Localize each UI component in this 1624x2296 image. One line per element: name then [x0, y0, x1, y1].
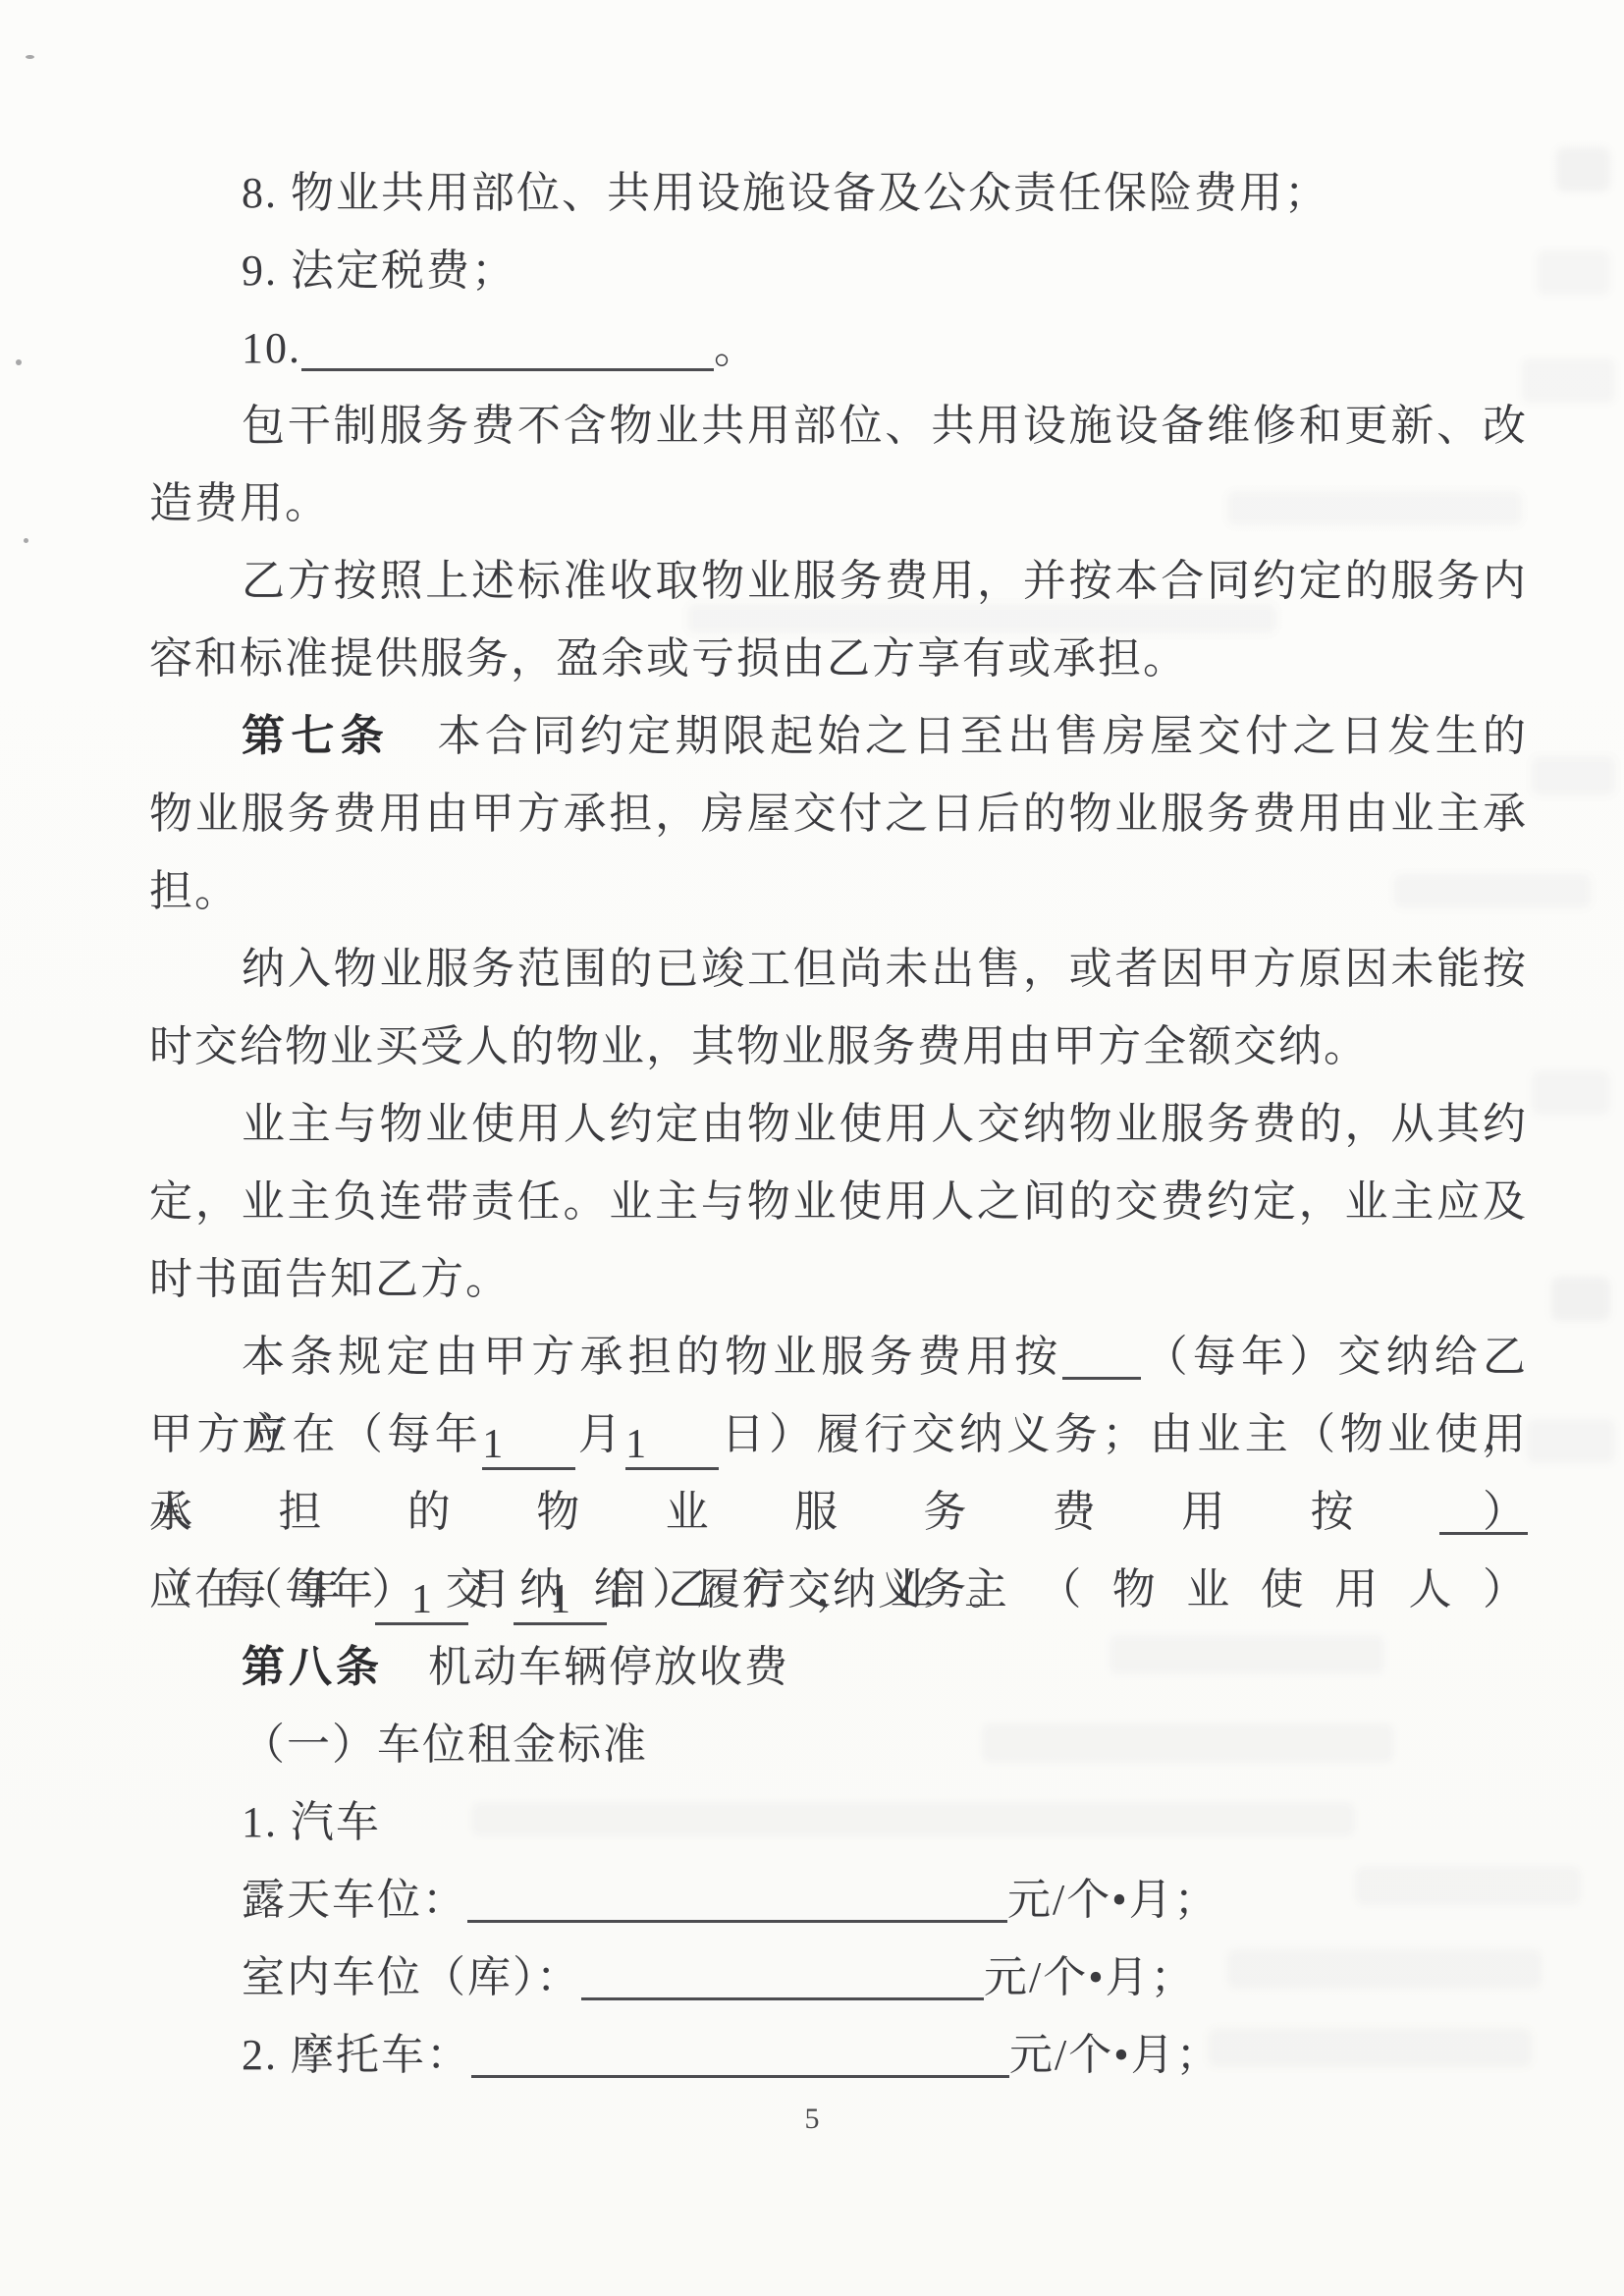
clause-heading-line: 第八条 机动车辆停放收费: [149, 1628, 1528, 1706]
text-run: 乙方按照上述标准收取物业服务费用，并按本合同约定的服务内: [242, 557, 1528, 605]
document-line: 担。: [149, 852, 1528, 930]
text-run: 甲方应在（每年: [149, 1410, 482, 1458]
fill-in-blank: [301, 321, 714, 371]
document-line: 8. 物业共用部位、共用设施设备及公众责任保险费用；: [149, 154, 1528, 232]
document-line: 2. 摩托车：元/个•月；: [149, 2016, 1528, 2094]
text-run: 月: [468, 1565, 514, 1613]
page-number: 5: [0, 2090, 1624, 2149]
scan-artifact: [1532, 1070, 1610, 1115]
scan-artifact: [1522, 358, 1615, 403]
text-run: 时交给物业买受人的物业，其物业服务费用由甲方全额交纳。: [149, 1022, 1369, 1070]
document-line: 容和标准提供服务，盈余或亏损由乙方享有或承担。: [149, 620, 1528, 697]
text-run: 机动车辆停放收费: [383, 1643, 789, 1691]
fill-in-blank-filled: 1: [375, 1575, 468, 1625]
text-run: 1. 汽车: [242, 1798, 381, 1846]
clause-number: 第七条: [242, 712, 390, 760]
document-line: 定，业主负连带责任。业主与物业使用人之间的交费约定，业主应及: [149, 1163, 1528, 1240]
text-run: 本条规定由甲方承担的物业服务费用按: [242, 1333, 1062, 1381]
scan-speck: [24, 538, 28, 543]
text-run: 日）履行交纳义务。: [607, 1565, 1013, 1613]
fill-in-blank-filled: 1: [514, 1575, 607, 1625]
text-run: （一）车位租金标准: [242, 1721, 648, 1769]
text-run: 物业服务费用由甲方承担，房屋交付之日后的物业服务费用由业主承: [149, 790, 1528, 838]
fill-in-blank: [467, 1873, 1007, 1923]
document-line: 乙方按照上述标准收取物业服务费用，并按本合同约定的服务内: [149, 542, 1528, 620]
scan-artifact: [1537, 250, 1610, 295]
text-run: 应在（每年: [149, 1565, 375, 1613]
text-run: 承担的物业服务费用按: [149, 1488, 1439, 1536]
scan-artifact: [1527, 1419, 1615, 1463]
document-line: 业主与物业使用人约定由物业使用人交纳物业服务费的，从其约: [149, 1085, 1528, 1163]
text-run: 8. 物业共用部位、共用设施设备及公众责任保险费用；: [242, 169, 1329, 217]
scanned-contract-page: 8. 物业共用部位、共用设施设备及公众责任保险费用；9. 法定税费；10.。包干…: [0, 0, 1624, 2296]
text-run: 月: [575, 1410, 625, 1458]
text-run: 2. 摩托车：: [242, 2031, 471, 2079]
document-line: 本条规定由甲方承担的物业服务费用按（每年）交纳给乙方，: [149, 1318, 1528, 1395]
document-line: 承担的物业服务费用按（每年）交纳给乙方，业主（物业使用人）: [149, 1473, 1528, 1551]
document-line: 物业服务费用由甲方承担，房屋交付之日后的物业服务费用由业主承: [149, 775, 1528, 852]
scan-artifact: [1532, 756, 1615, 795]
text-run: 容和标准提供服务，盈余或亏损由乙方享有或承担。: [149, 634, 1188, 683]
fill-in-blank: [1062, 1330, 1141, 1380]
text-run: 元/个•月；: [1009, 2031, 1221, 2079]
text-run: 担。: [149, 867, 240, 915]
document-body: 8. 物业共用部位、共用设施设备及公众责任保险费用；9. 法定税费；10.。包干…: [149, 154, 1528, 2094]
scan-artifact: [1551, 1277, 1610, 1321]
text-run: 定，业主负连带责任。业主与物业使用人之间的交费约定，业主应及: [149, 1177, 1528, 1226]
document-line: （一）车位租金标准: [149, 1706, 1528, 1783]
fill-in-blank: [581, 1950, 984, 2000]
document-line: 造费用。: [149, 465, 1528, 542]
document-line: 甲方应在（每年1月1日）履行交纳义务；由业主（物业使用人）: [149, 1395, 1528, 1473]
text-run: 纳入物业服务范围的已竣工但尚未出售，或者因甲方原因未能按: [242, 945, 1528, 993]
text-run: 露天车位：: [242, 1876, 467, 1924]
document-line: 时书面告知乙方。: [149, 1240, 1528, 1318]
fill-in-blank-filled: 1: [482, 1420, 575, 1470]
text-run: 。: [714, 324, 759, 372]
clause-heading-line: 第七条 本合同约定期限起始之日至出售房屋交付之日发生的: [149, 697, 1528, 775]
text-run: 元/个•月；: [1007, 1876, 1219, 1924]
text-run: 造费用。: [149, 479, 330, 527]
clause-number: 第八条: [242, 1643, 383, 1691]
text-run: 本合同约定期限起始之日至出售房屋交付之日发生的: [390, 712, 1528, 760]
text-run: 10.: [242, 324, 301, 372]
fill-in-blank: [1439, 1485, 1528, 1535]
document-line: 9. 法定税费；: [149, 232, 1528, 309]
document-line: 时交给物业买受人的物业，其物业服务费用由甲方全额交纳。: [149, 1008, 1528, 1085]
scan-speck: [26, 55, 34, 59]
document-line: 露天车位：元/个•月；: [149, 1861, 1528, 1939]
text-run: 元/个•月；: [984, 1953, 1196, 2001]
text-run: 包干制服务费不含物业共用部位、共用设施设备维修和更新、改: [242, 402, 1528, 450]
scan-speck: [16, 359, 22, 365]
document-line: 1. 汽车: [149, 1783, 1528, 1861]
document-line: 纳入物业服务范围的已竣工但尚未出售，或者因甲方原因未能按: [149, 930, 1528, 1008]
text-run: 时书面告知乙方。: [149, 1255, 511, 1303]
document-line: 包干制服务费不含物业共用部位、共用设施设备维修和更新、改: [149, 387, 1528, 465]
scan-artifact: [1556, 147, 1610, 191]
document-line: 10.。: [149, 309, 1528, 387]
text-run: 室内车位（库）：: [242, 1953, 581, 2001]
fill-in-blank-filled: 1: [625, 1420, 719, 1470]
document-line: 室内车位（库）：元/个•月；: [149, 1939, 1528, 2016]
text-run: 9. 法定税费；: [242, 246, 516, 295]
text-run: 业主与物业使用人约定由物业使用人交纳物业服务费的，从其约: [242, 1100, 1528, 1148]
fill-in-blank: [471, 2028, 1009, 2078]
